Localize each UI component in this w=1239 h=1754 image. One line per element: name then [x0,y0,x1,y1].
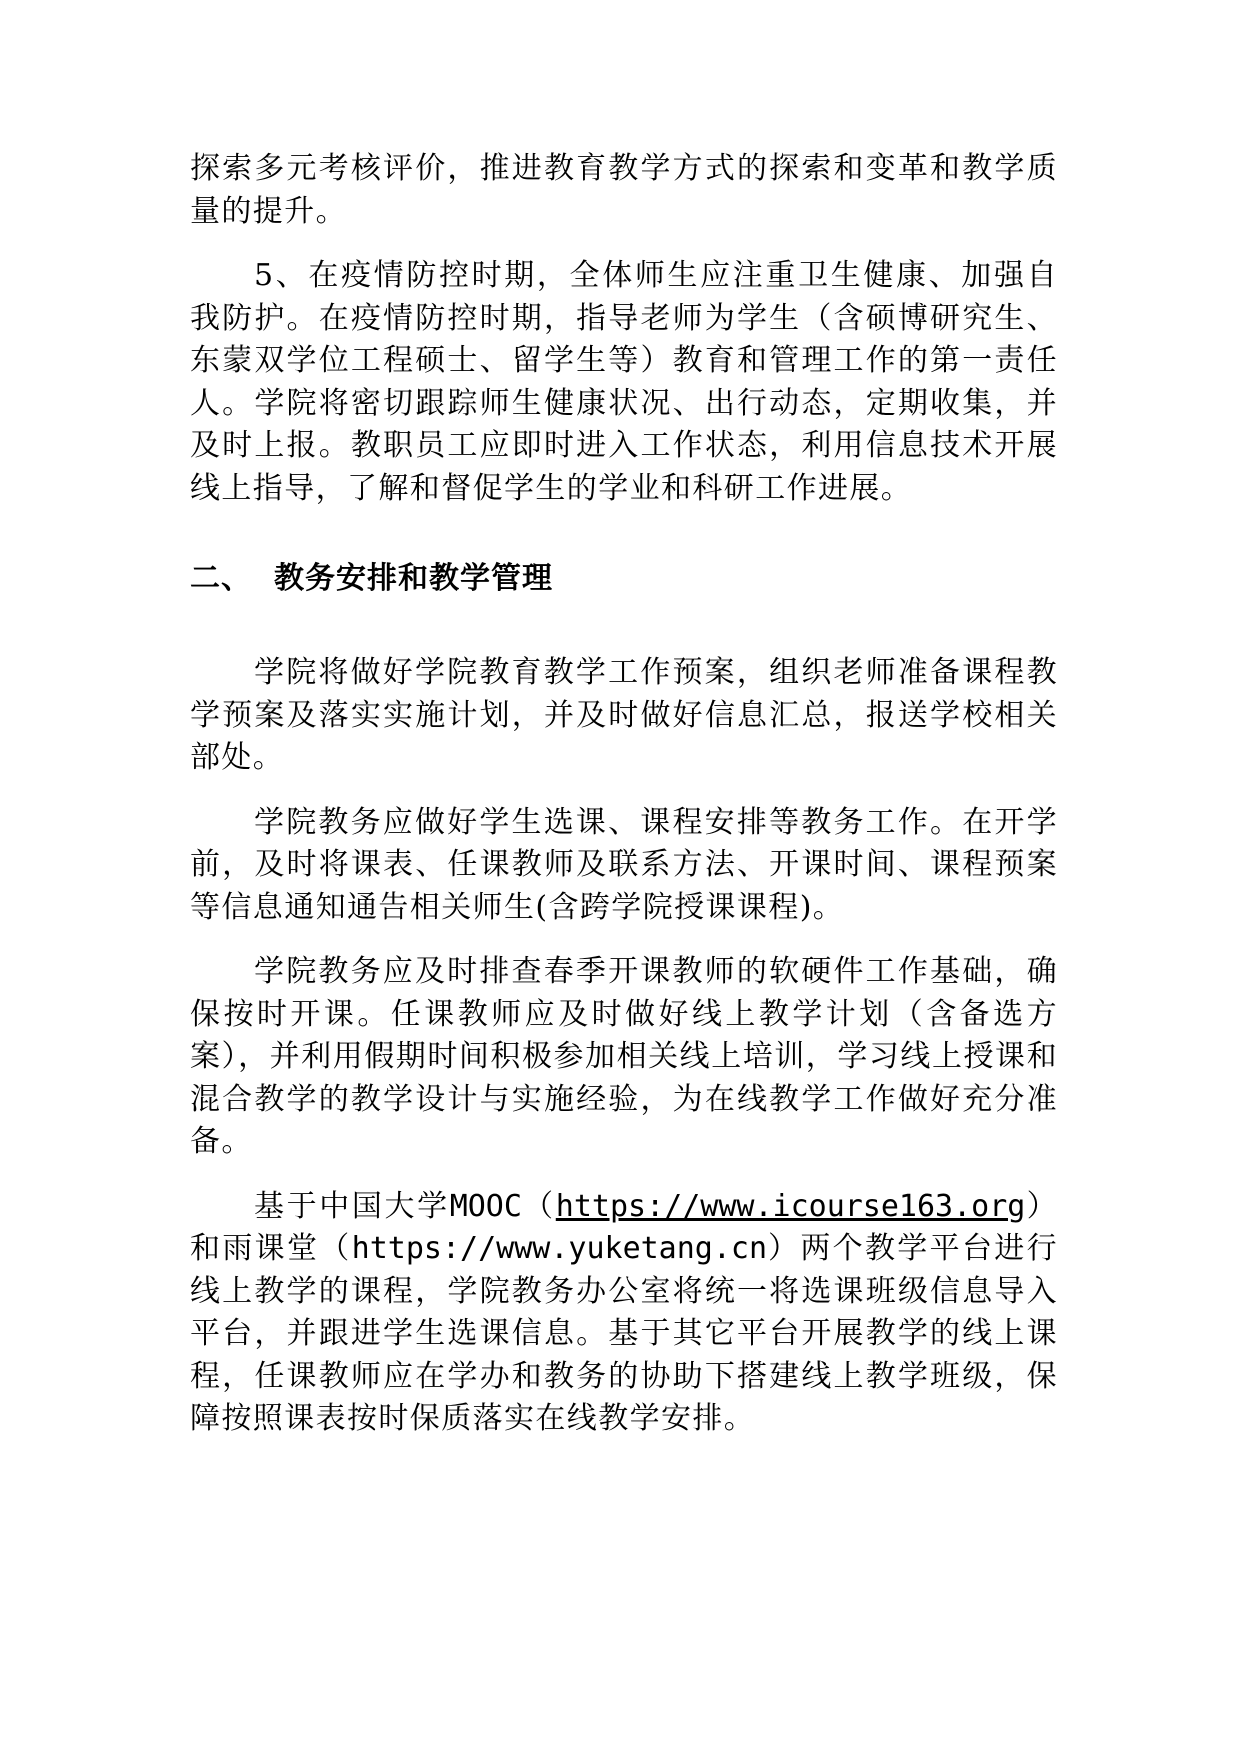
yuketang-url: https://www.yuketang.cn [352,1231,767,1266]
paragraph-course-selection: 学院教务应做好学生选课、课程安排等教务工作。在开学前，及时将课表、任课教师及联系… [190,802,1058,930]
section-heading-2: 二、教务安排和教学管理 [190,558,1058,600]
paragraph-intro-tail: 探索多元考核评价，推进教育教学方式的探索和变革和教学质量的提升。 [190,148,1058,233]
icourse163-link[interactable]: https://www.icourse163.org [556,1189,1026,1224]
document-page: 探索多元考核评价，推进教育教学方式的探索和变革和教学质量的提升。 5、在疫情防控… [190,148,1058,1441]
paragraph-teacher-readiness: 学院教务应及时排查春季开课教师的软硬件工作基础，确保按时开课。任课教师应及时做好… [190,951,1058,1164]
paragraph-online-platforms: 基于中国大学MOOC（https://www.icourse163.org）和雨… [190,1186,1058,1441]
section-title: 教务安排和教学管理 [274,561,553,596]
section-number: 二、 [190,558,274,600]
paragraph-teaching-plan: 学院将做好学院教育教学工作预案，组织老师准备课程教学预案及落实实施计划，并及时做… [190,652,1058,780]
mooc-label: MOOC [450,1189,522,1224]
text-segment: （ [522,1189,556,1224]
paragraph-item-5: 5、在疫情防控时期，全体师生应注重卫生健康、加强自我防护。在疫情防控时期，指导老… [190,255,1058,510]
text-segment: 基于中国大学 [254,1189,450,1224]
